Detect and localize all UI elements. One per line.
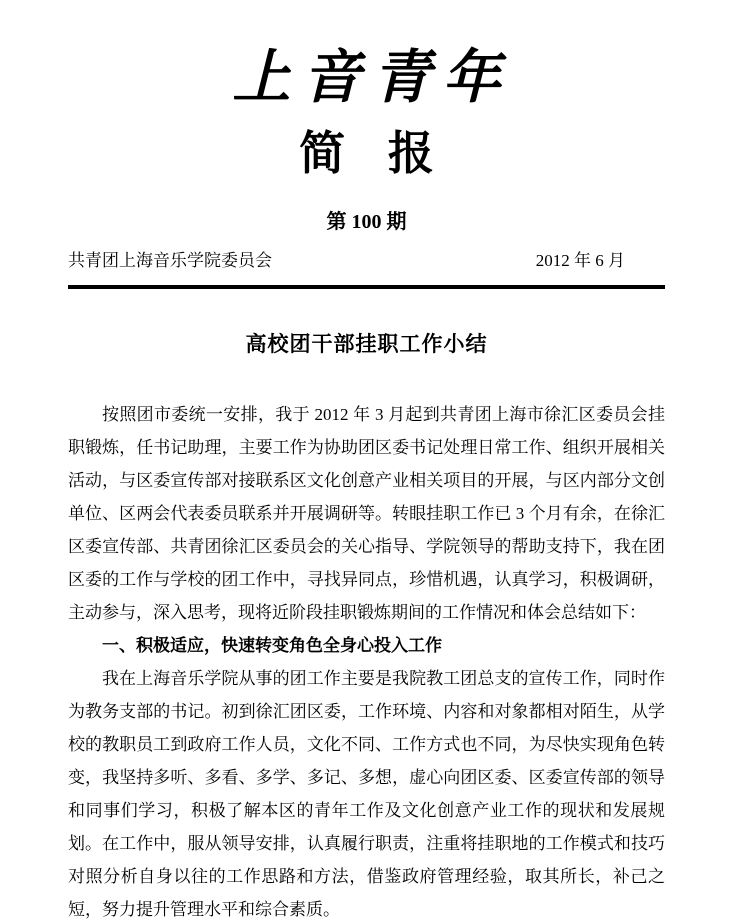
publisher-row: 共青团上海音乐学院委员会 2012 年 6 月 [68,250,665,272]
section-heading-1: 一、积极适应，快速转变角色全身心投入工作 [68,629,665,662]
article-paragraph-2: 我在上海音乐学院从事的团工作主要是我院教工团总支的宣传工作，同时作为教务支部的书… [68,662,665,922]
article-body: 按照团市委统一安排，我于 2012 年 3 月起到共青团上海市徐汇区委员会挂职锻… [68,398,665,922]
divider-rule [68,285,665,289]
masthead-subtitle: 简 报 [68,128,665,178]
article-title: 高校团干部挂职工作小结 [68,330,665,358]
masthead-title: 上音青年 [68,46,665,108]
publisher-name: 共青团上海音乐学院委员会 [68,250,272,272]
article-paragraph-1: 按照团市委统一安排，我于 2012 年 3 月起到共青团上海市徐汇区委员会挂职锻… [68,398,665,629]
issue-number: 第 100 期 [68,210,665,234]
bulletin-page: 上音青年 简 报 第 100 期 共青团上海音乐学院委员会 2012 年 6 月… [0,0,729,922]
issue-date: 2012 年 6 月 [536,250,665,272]
